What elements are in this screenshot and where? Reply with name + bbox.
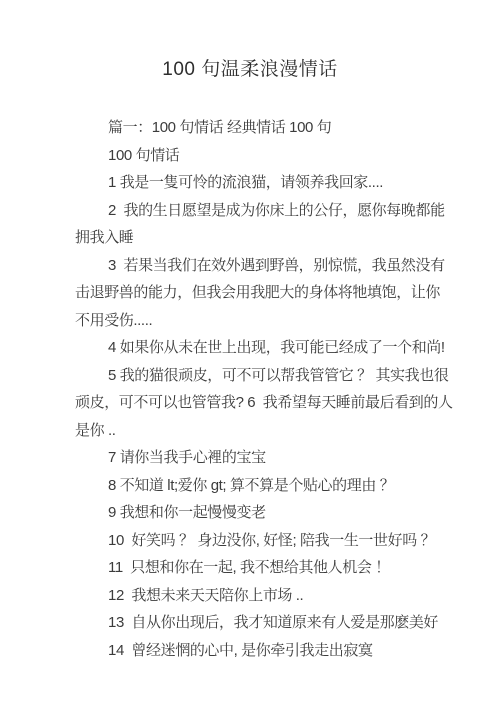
document-line: 篇一：100 句情话 经典情话 100 句 <box>75 114 455 142</box>
document-line: 13 自从你出现后，我才知道原来有人爱是那麽美好 <box>75 609 455 637</box>
document-line: 不用受伤..... <box>75 307 455 335</box>
document-line: 100 句情话 <box>75 142 455 170</box>
document-body: 篇一：100 句情话 经典情话 100 句100 句情话1 我是一隻可怜的流浪猫… <box>75 114 455 664</box>
document-line: 拥我入睡 <box>75 224 455 252</box>
document-line: 3 若果当我们在效外遇到野兽，别惊慌，我虽然没有 <box>75 252 455 280</box>
document-line: 4 如果你从未在世上出现，我可能已经成了一个和尚! <box>75 334 455 362</box>
document-line: 11 只想和你在一起, 我不想给其他人机会 ！ <box>75 554 455 582</box>
document-page: 100 句温柔浪漫情话 篇一：100 句情话 经典情话 100 句100 句情话… <box>0 0 500 707</box>
document-line: 12 我想未来天天陪你上市场 .. <box>75 582 455 610</box>
document-line: 9 我想和你一起慢慢变老 <box>75 499 455 527</box>
document-line: 顽皮，可不可以也管管我? 6 我希望每天睡前最后看到的人 <box>75 389 455 417</box>
document-title: 100 句温柔浪漫情话 <box>0 57 500 83</box>
document-line: 7 请你当我手心裡的宝宝 <box>75 444 455 472</box>
document-line: 是你 .. <box>75 417 455 445</box>
document-line: 8 不知道 lt;爱你 gt; 算不算是个贴心的理由 ？ <box>75 472 455 500</box>
document-line: 14 曾经迷惘的心中, 是你牵引我走出寂寞 <box>75 637 455 665</box>
document-line: 5 我的猫很顽皮，可不可以帮我管管它 ？ 其实我也很 <box>75 362 455 390</box>
document-line: 10 好笑吗 ？ 身边没你, 好怪; 陪我一生一世好吗 ？ <box>75 527 455 555</box>
document-line: 1 我是一隻可怜的流浪猫，请领养我回家.... <box>75 169 455 197</box>
document-line: 2 我的生日愿望是成为你床上的公仔，愿你每晚都能 <box>75 197 455 225</box>
document-line: 击退野兽的能力，但我会用我肥大的身体将牠填饱，让你 <box>75 279 455 307</box>
